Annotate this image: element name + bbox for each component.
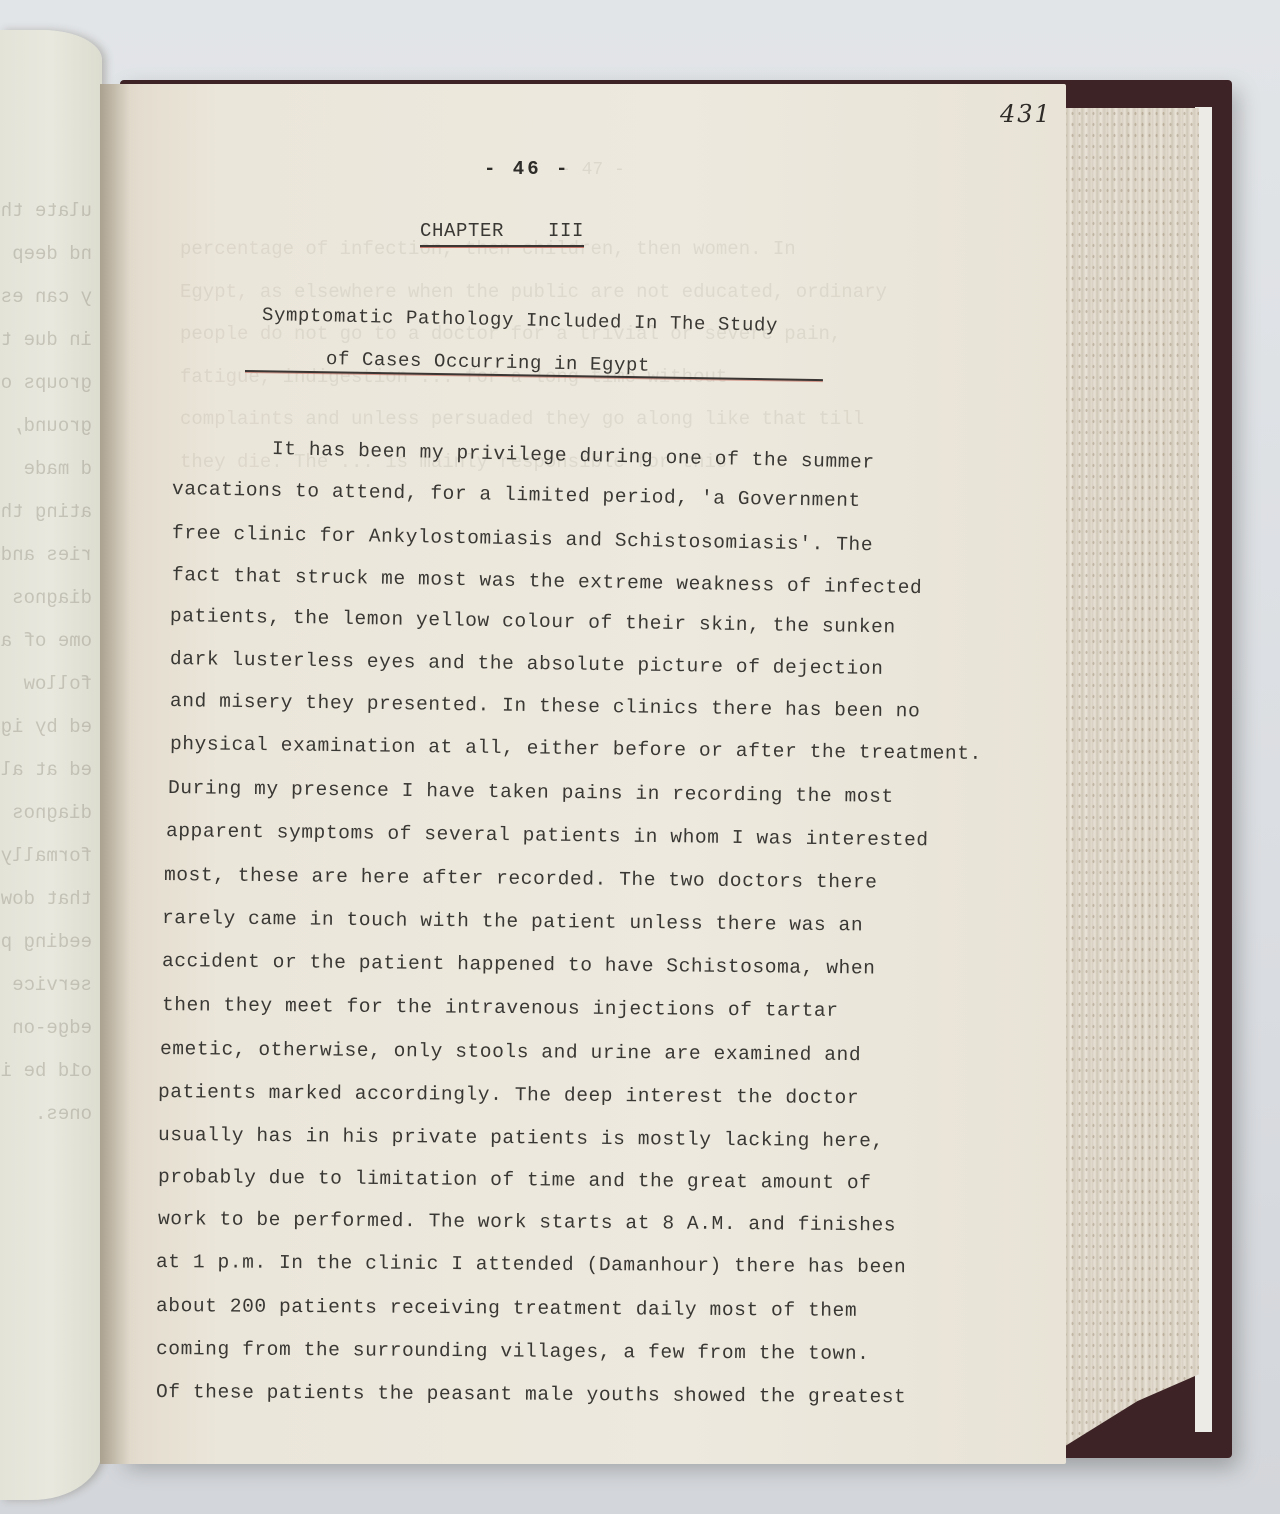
left-page-ghost-line: formally t xyxy=(0,845,92,867)
left-page-ghost-line: that down xyxy=(0,888,92,910)
left-page-ghost-line: follow xyxy=(0,673,92,695)
left-page-ghost-line: ones. xyxy=(0,1103,92,1125)
left-page-ghost-line: d made xyxy=(0,458,92,480)
left-page-ghost-line: o1d be ig xyxy=(0,1060,92,1082)
left-page-ghost-line: ome of a xyxy=(0,630,92,652)
left-page-curl: ulate thend deep dy can escain due tigro… xyxy=(0,30,102,1500)
page-stack-fore-edge xyxy=(1062,108,1199,1448)
left-page-ghost-line: ground, a xyxy=(0,415,92,437)
left-page-ghost-line: ed by ig xyxy=(0,716,92,738)
handwritten-folio-number: 431 xyxy=(1000,100,1052,128)
left-page-ghost-line: ulate the xyxy=(0,200,92,222)
left-page-ghost-line: ating the xyxy=(0,501,92,523)
left-page-ghost-line: diagnos xyxy=(0,802,92,824)
left-page-ghost-line: service xyxy=(0,974,92,996)
left-page-ghost-line: groups o xyxy=(0,372,92,394)
left-page-ghost-line: edge-on xyxy=(0,1017,92,1039)
left-page-ghost-line: eeding pla xyxy=(0,931,92,953)
chapter-numeral: III xyxy=(548,220,584,242)
left-page-ghost-line: nd deep d xyxy=(0,243,92,265)
chapter-heading: CHAPTERIII xyxy=(420,220,584,247)
page-number: - 46 - xyxy=(484,158,570,180)
left-page-ghost-line: ed at al xyxy=(0,759,92,781)
left-page-ghost-line: diagnos xyxy=(0,587,92,609)
gutter-shadow xyxy=(100,84,130,1464)
left-page-ghost-line: in due ti xyxy=(0,329,92,351)
left-page-ghost-line: y can esca xyxy=(0,286,92,308)
chapter-label: CHAPTER xyxy=(420,220,504,242)
left-page-ghost-line: ries and xyxy=(0,544,92,566)
